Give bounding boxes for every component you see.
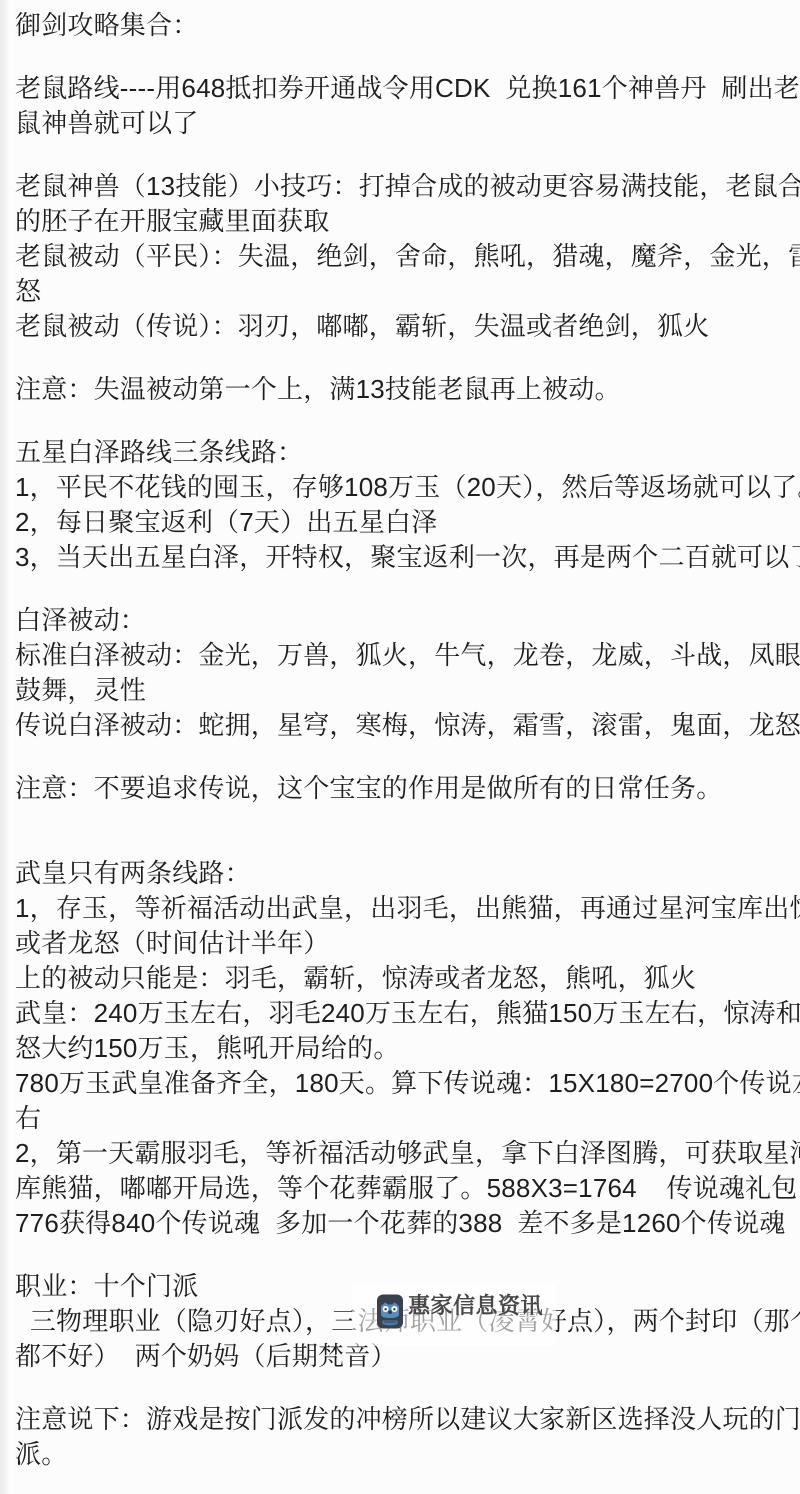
text-line: 御剑攻略集合： xyxy=(15,8,790,43)
text-line: 或者龙怒（时间估计半年） xyxy=(15,926,790,961)
text-line: 的胚子在开服宝藏里面获取 xyxy=(15,204,790,239)
paragraph-block: 御剑攻略集合： xyxy=(15,8,790,43)
text-line: 注意说下：游戏是按门派发的冲榜所以建议大家新区选择没人玩的门 xyxy=(15,1402,790,1437)
robot-mascot-icon xyxy=(377,1293,403,1330)
paragraph-block: 老鼠路线----用648抵扣券开通战令用CDK 兑换161个神兽丹 刷出老鼠神兽… xyxy=(15,71,790,141)
paragraph-block: 五星白泽路线三条线路：1，平民不花钱的囤玉，存够108万玉（20天），然后等返场… xyxy=(15,435,790,575)
text-line: 怒 xyxy=(15,274,790,309)
text-line: 1，平民不花钱的囤玉，存够108万玉（20天），然后等返场就可以了。 xyxy=(15,470,790,505)
text-line: 2，每日聚宝返利（7天）出五星白泽 xyxy=(15,505,790,540)
text-line: 右 xyxy=(15,1101,790,1136)
paragraph-block: 老鼠神兽（13技能）小技巧：打掉合成的被动更容易满技能，老鼠合宠的胚子在开服宝藏… xyxy=(15,169,790,344)
text-line: 鼠神兽就可以了 xyxy=(15,106,790,141)
text-line: 武皇只有两条线路： xyxy=(15,856,790,891)
text-line: 780万玉武皇准备齐全，180天。算下传说魂：15X180=2700个传说左 xyxy=(15,1066,790,1101)
document-body: 御剑攻略集合：老鼠路线----用648抵扣券开通战令用CDK 兑换161个神兽丹… xyxy=(15,8,790,1494)
watermark-label: 惠家信息资讯 xyxy=(408,1293,543,1318)
text-line: 注意：不要追求传说，这个宝宝的作用是做所有的日常任务。 xyxy=(15,771,790,806)
text-line: 派。 xyxy=(15,1437,790,1472)
text-line: 怒大约150万玉，熊吼开局给的。 xyxy=(15,1031,790,1066)
paragraph-block: 注意：不要追求传说，这个宝宝的作用是做所有的日常任务。 xyxy=(15,771,790,806)
text-line: 上的被动只能是：羽毛，霸斩，惊涛或者龙怒，熊吼，狐火 xyxy=(15,961,790,996)
text-line: 2，第一天霸服羽毛，等祈福活动够武皇，拿下白泽图腾，可获取星河宝 xyxy=(15,1136,790,1171)
paragraph-block: 注意说下：游戏是按门派发的冲榜所以建议大家新区选择没人玩的门派。 xyxy=(15,1402,790,1472)
text-line: 老鼠路线----用648抵扣券开通战令用CDK 兑换161个神兽丹 刷出老 xyxy=(15,71,790,106)
text-line: 776获得840个传说魂 多加一个花葬的388 差不多是1260个传说魂 xyxy=(15,1206,790,1241)
text-line: 白泽被动： xyxy=(15,603,790,638)
text-line: 传说白泽被动：蛇拥，星穹，寒梅，惊涛，霜雪，滚雷，鬼面，龙怒 xyxy=(15,708,790,743)
text-line: 鼓舞，灵性 xyxy=(15,673,790,708)
text-line: 标准白泽被动：金光，万兽，狐火，牛气，龙卷，龙威，斗战，凤眼， xyxy=(15,638,790,673)
text-line: 3，当天出五星白泽，开特权，聚宝返利一次，再是两个二百就可以了。 xyxy=(15,540,790,575)
paragraph-block: 注意：失温被动第一个上，满13技能老鼠再上被动。 xyxy=(15,372,790,407)
text-line: 库熊猫，嘟嘟开局选，等个花葬霸服了。588X3=1764 传说魂礼包： xyxy=(15,1171,790,1206)
watermark: 惠家信息资讯 xyxy=(352,1284,556,1346)
text-line: 老鼠神兽（13技能）小技巧：打掉合成的被动更容易满技能，老鼠合宠 xyxy=(15,169,790,204)
text-line: 老鼠被动（平民）：失温，绝剑，舍命，熊吼，猎魂，魔斧，金光，雷 xyxy=(15,239,790,274)
text-line: 注意：失温被动第一个上，满13技能老鼠再上被动。 xyxy=(15,372,790,407)
page: { "page": { "background": "#fcfcfc", "te… xyxy=(0,0,800,1494)
page-edge-shadow xyxy=(0,0,10,1494)
text-line: 五星白泽路线三条线路： xyxy=(15,435,790,470)
paragraph-block: 武皇只有两条线路：1，存玉，等祈福活动出武皇，出羽毛，出熊猫，再通过星河宝库出惊… xyxy=(15,856,790,1241)
text-line: 1，存玉，等祈福活动出武皇，出羽毛，出熊猫，再通过星河宝库出惊涛 xyxy=(15,891,790,926)
text-line: 武皇：240万玉左右，羽毛240万玉左右，熊猫150万玉左右，惊涛和龙 xyxy=(15,996,790,1031)
paragraph-block: 白泽被动：标准白泽被动：金光，万兽，狐火，牛气，龙卷，龙威，斗战，凤眼，鼓舞，灵… xyxy=(15,603,790,743)
text-line: 老鼠被动（传说）：羽刃，嘟嘟，霸斩，失温或者绝剑，狐火 xyxy=(15,309,790,344)
